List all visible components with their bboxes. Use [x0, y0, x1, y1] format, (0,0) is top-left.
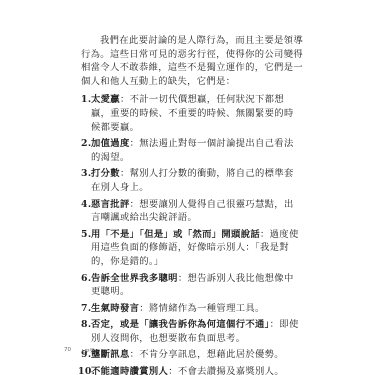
item-number: 3. [81, 167, 91, 181]
item-number: 2. [81, 137, 91, 151]
item-term: 惡言批評 [91, 199, 130, 210]
item-separator: ： [120, 94, 130, 105]
item-term: 用「不是」「但是」或「然而」開頭說話 [91, 229, 260, 240]
item-term: 否定，或是「讓我告訴你為何這個行不通」 [91, 319, 270, 330]
item-separator: ： [130, 138, 140, 149]
item-number: 7. [81, 302, 91, 316]
item-term: 生氣時發言 [91, 303, 139, 314]
publisher-brand: UP學 [82, 347, 95, 355]
item-separator: ： [130, 199, 140, 210]
list-item: 6.告訴全世界我多聰明：想告訴別人我比他想像中更聰明。 [81, 272, 303, 299]
page-number: 70 [64, 347, 71, 353]
item-separator: ： [168, 366, 178, 375]
item-number: 6. [81, 272, 91, 286]
item-separator: ： [120, 168, 130, 179]
list-item: 5.用「不是」「但是」或「然而」開頭說話：過度使用這些負面的修飾語，好像暗示別人… [81, 228, 303, 269]
list-item: 8.否定，或是「讓我告訴你為何這個行不通」：即使別人沒問你，也想要散布負面思考。 [81, 318, 303, 345]
item-description: 不會去讚揚及嘉獎別人。 [178, 366, 284, 375]
item-description: 將情緒作為一種管理工具。 [149, 303, 265, 314]
item-term: 加值過度 [91, 138, 130, 149]
item-number: 10. [78, 365, 95, 375]
intro-paragraph: 我們在此要討論的是人際行為，而且主要是領導行為。這些日常可見的惡劣行徑，使得你的… [81, 34, 303, 88]
list-item: 10.不能適時讚賞別人：不會去讚揚及嘉獎別人。 [81, 365, 303, 375]
item-separator: ： [260, 229, 270, 240]
list-item: 2.加值過度：無法遏止對每一個討論提出自己看法的渴望。 [81, 137, 303, 164]
item-number: 4. [81, 198, 91, 212]
list-item: 1.太愛贏：不計一切代價想贏，任何狀況下都想贏，重要的時候、不重要的時候、無關緊… [81, 93, 303, 134]
body-text: 我們在此要討論的是人際行為，而且主要是領導行為。這些日常可見的惡劣行徑，使得你的… [81, 34, 303, 375]
item-term: 告訴全世界我多聰明 [91, 273, 178, 284]
item-term: 太愛贏 [91, 94, 120, 105]
item-term: 不能適時讚賞別人 [91, 366, 168, 375]
behavior-list: 1.太愛贏：不計一切代價想贏，任何狀況下都想贏，重要的時候、不重要的時候、無關緊… [81, 93, 303, 375]
item-term: 打分數 [91, 168, 120, 179]
list-item: 7.生氣時發言：將情緒作為一種管理工具。 [81, 302, 303, 316]
book-page: 我們在此要討論的是人際行為，而且主要是領導行為。這些日常可見的惡劣行徑，使得你的… [0, 0, 375, 375]
item-number: 8. [81, 318, 91, 332]
item-separator: ： [139, 303, 149, 314]
page-footer: 70 UP學 [0, 347, 375, 359]
list-item: 3.打分數：幫別人打分數的衝動，將自己的標準套在別人身上。 [81, 167, 303, 194]
list-item: 4.惡言批評：想要讓別人覺得自己很靈巧慧黠，出言嘲諷或給出尖銳評語。 [81, 198, 303, 225]
item-separator: ： [270, 319, 280, 330]
item-number: 1. [81, 93, 91, 107]
item-number: 5. [81, 228, 91, 242]
